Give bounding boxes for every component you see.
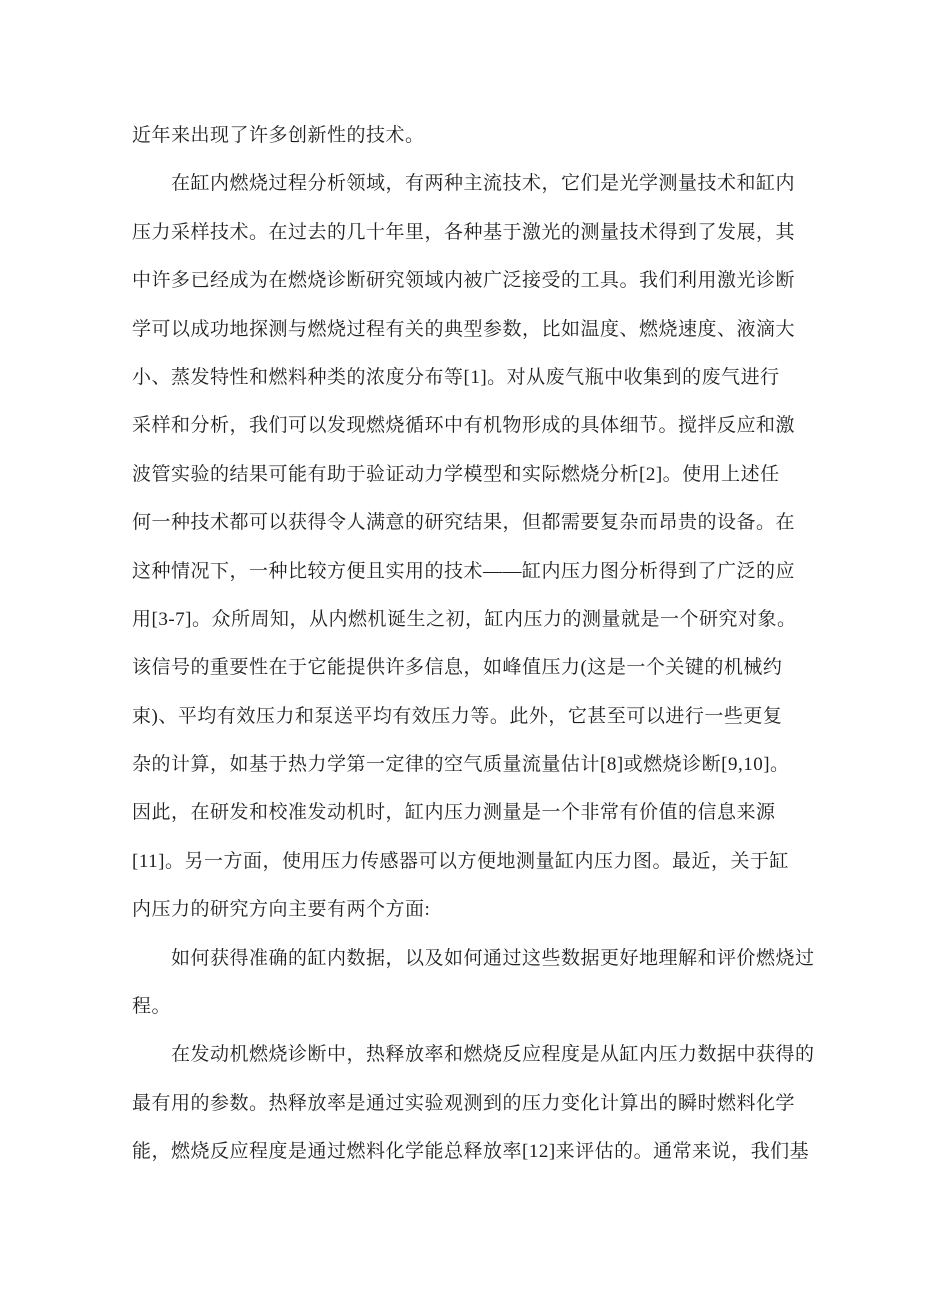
text-line: 小、蒸发特性和燃料种类的浓度分布等[1]。对从废气瓶中收集到的废气进行 [132,354,800,402]
text-line: 如何获得准确的缸内数据，以及如何通过这些数据更好地理解和评价燃烧过 [132,935,800,983]
text-line: 中许多已经成为在燃烧诊断研究领域内被广泛接受的工具。我们利用激光诊断 [132,257,800,305]
text-line: [11]。另一方面，使用压力传感器可以方便地测量缸内压力图。最近，关于缸 [132,838,800,886]
text-line: 因此，在研发和校准发动机时，缸内压力测量是一个非常有价值的信息来源 [132,789,800,837]
text-line: 杂的计算，如基于热力学第一定律的空气质量流量估计[8]或燃烧诊断[9,10]。 [132,741,800,789]
text-line: 最有用的参数。热释放率是通过实验观测到的压力变化计算出的瞬时燃料化学 [132,1080,800,1128]
text-line: 能，燃烧反应程度是通过燃料化学能总释放率[12]来评估的。通常来说，我们基 [132,1128,800,1176]
text-line: 采样和分析，我们可以发现燃烧循环中有机物形成的具体细节。搅拌反应和激 [132,402,800,450]
text-line: 压力采样技术。在过去的几十年里，各种基于激光的测量技术得到了发展，其 [132,209,800,257]
text-line: 该信号的重要性在于它能提供许多信息，如峰值压力(这是一个关键的机械约 [132,644,800,692]
text-line: 这种情况下，一种比较方便且实用的技术——缸内压力图分析得到了广泛的应 [132,548,800,596]
document-body: 近年来出现了许多创新性的技术。在缸内燃烧过程分析领域，有两种主流技术，它们是光学… [132,112,800,1177]
text-line: 束)、平均有效压力和泵送平均有效压力等。此外，它甚至可以进行一些更复 [132,693,800,741]
text-line: 在缸内燃烧过程分析领域，有两种主流技术，它们是光学测量技术和缸内 [132,160,800,208]
document-page: 近年来出现了许多创新性的技术。在缸内燃烧过程分析领域，有两种主流技术，它们是光学… [0,0,926,1309]
text-line: 近年来出现了许多创新性的技术。 [132,112,800,160]
text-line: 何一种技术都可以获得令人满意的研究结果，但都需要复杂而昂贵的设备。在 [132,499,800,547]
text-line: 内压力的研究方向主要有两个方面: [132,886,800,934]
text-line: 学可以成功地探测与燃烧过程有关的典型参数，比如温度、燃烧速度、液滴大 [132,306,800,354]
text-line: 程。 [132,983,800,1031]
text-line: 波管实验的结果可能有助于验证动力学模型和实际燃烧分析[2]。使用上述任 [132,451,800,499]
text-line: 用[3-7]。众所周知，从内燃机诞生之初，缸内压力的测量就是一个研究对象。 [132,596,800,644]
text-line: 在发动机燃烧诊断中，热释放率和燃烧反应程度是从缸内压力数据中获得的 [132,1031,800,1079]
